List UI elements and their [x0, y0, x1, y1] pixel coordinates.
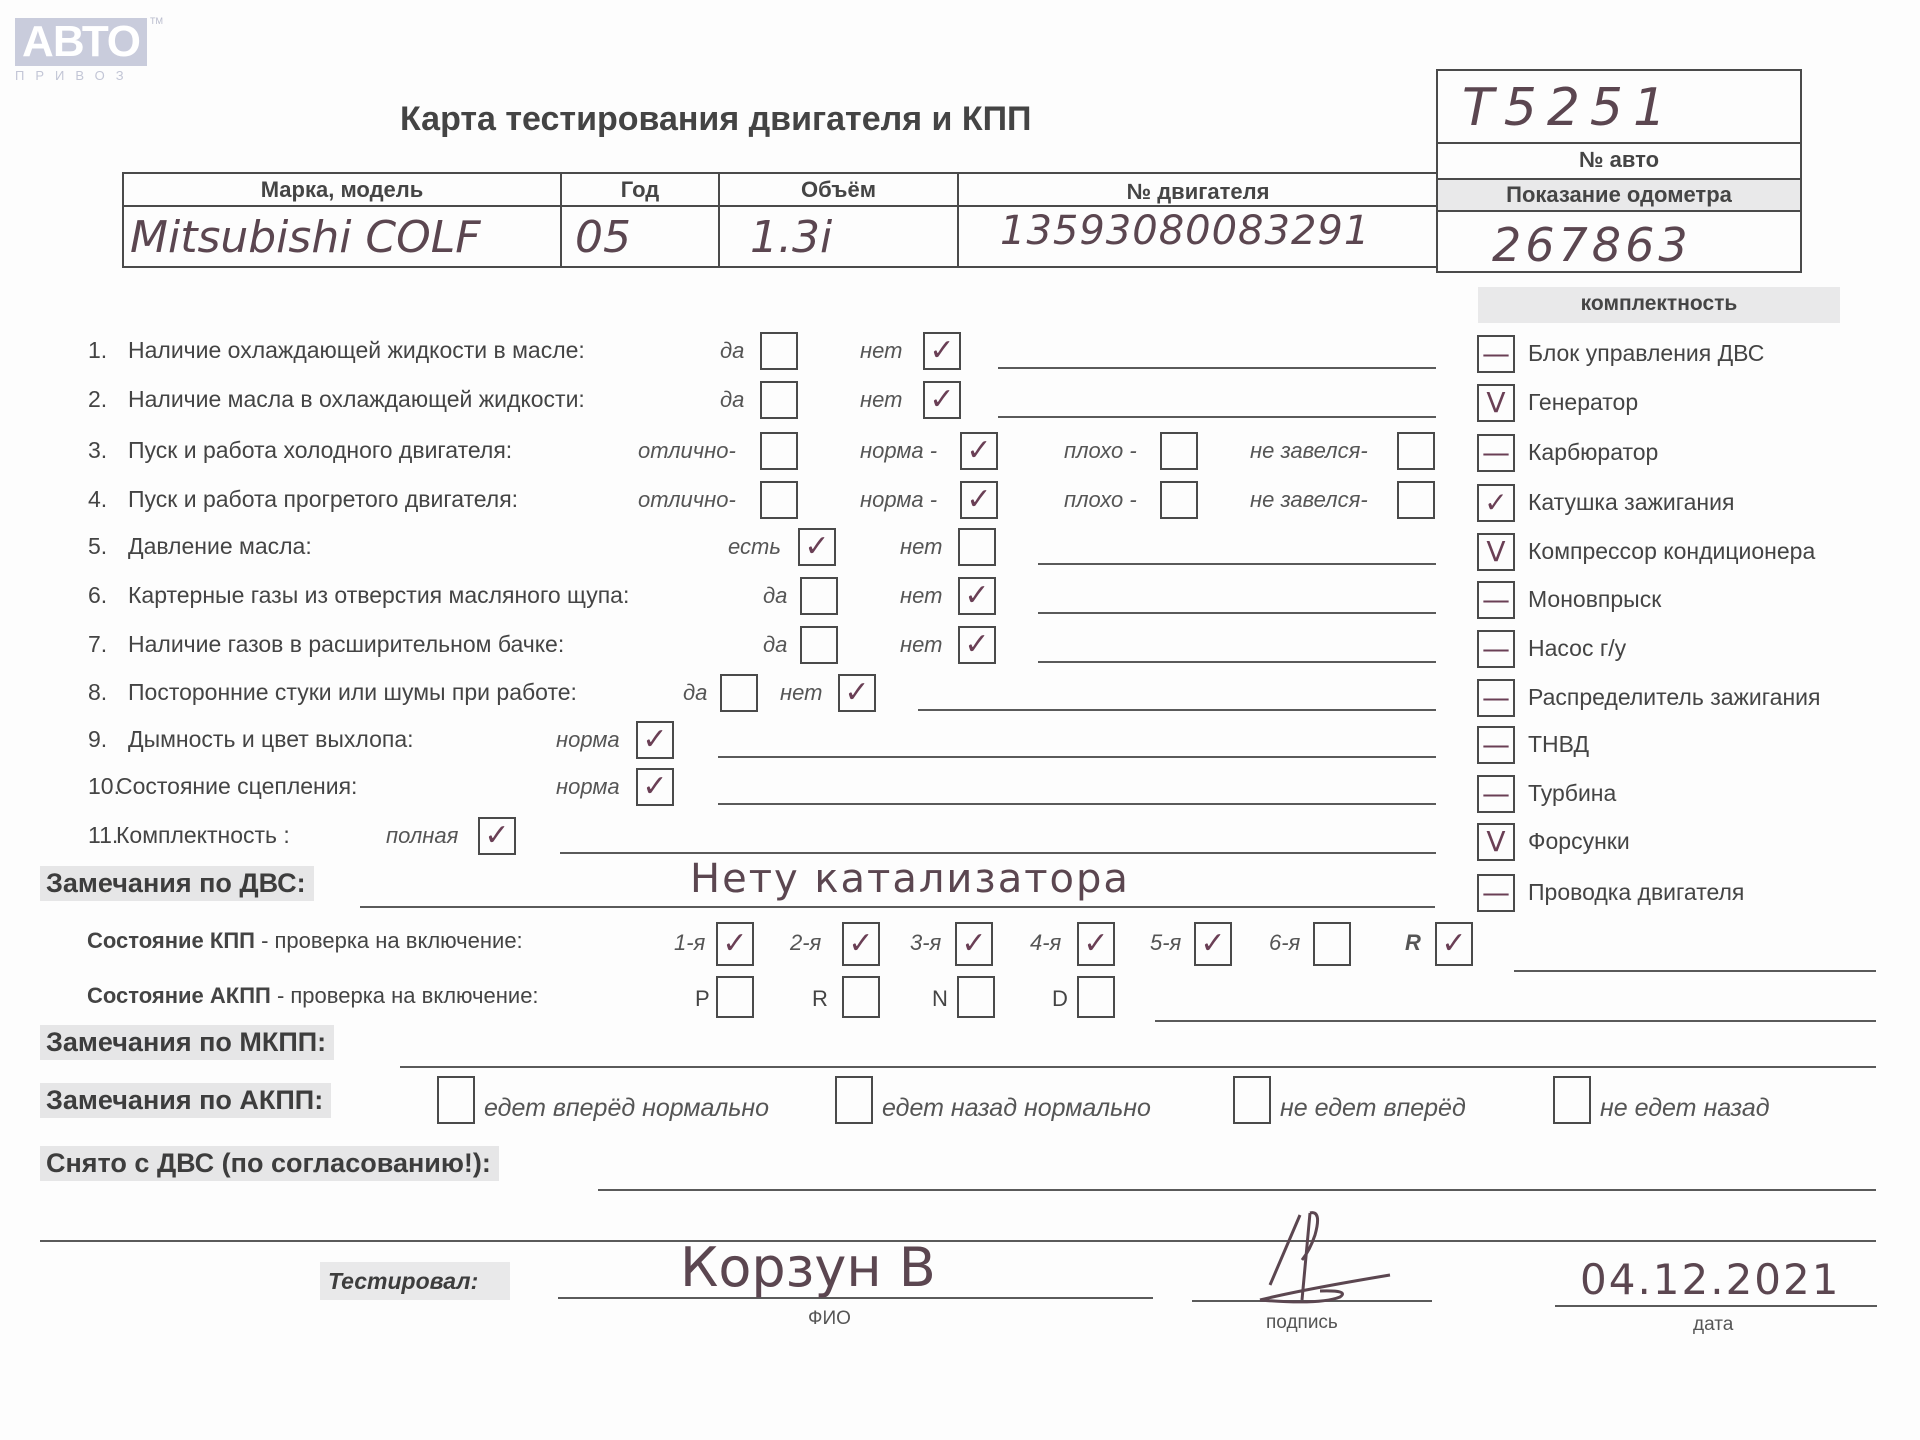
- option-checkbox[interactable]: ✓: [960, 432, 998, 470]
- gear-checkbox[interactable]: ✓: [1194, 922, 1232, 966]
- option-label: да: [683, 680, 707, 706]
- option-label: есть: [728, 534, 781, 560]
- dash-mark-icon: —: [1482, 339, 1510, 369]
- comment-line[interactable]: [718, 803, 1436, 805]
- question-text: Посторонние стуки или шумы при работе:: [128, 679, 577, 706]
- completeness-item-label: Генератор: [1528, 389, 1638, 416]
- check-mark-icon: ✓: [1083, 929, 1108, 959]
- dash-mark-icon: —: [1482, 585, 1510, 615]
- completeness-checkbox[interactable]: —: [1477, 726, 1515, 764]
- option-checkbox[interactable]: [760, 432, 798, 470]
- position-checkbox[interactable]: [842, 976, 880, 1018]
- option-label: нет: [860, 338, 902, 364]
- option-checkbox[interactable]: ✓: [958, 577, 996, 615]
- remarks-manual-label: Замечания по МКПП:: [40, 1025, 334, 1060]
- question-number: 7.: [88, 631, 107, 658]
- question-text: Дымность и цвет выхлопа:: [128, 726, 414, 753]
- akpp-option-label: не едет назад: [1600, 1094, 1770, 1123]
- completeness-checkbox[interactable]: V: [1477, 384, 1515, 422]
- position-checkbox[interactable]: [1077, 976, 1115, 1018]
- option-checkbox[interactable]: ✓: [960, 481, 998, 519]
- removed-label: Снято с ДВС (по согласованию!):: [40, 1146, 499, 1181]
- option-checkbox[interactable]: ✓: [798, 528, 836, 566]
- comment-line[interactable]: [1038, 661, 1436, 663]
- comment-line[interactable]: [560, 852, 1436, 854]
- manual-gearbox-label: Состояние КПП - проверка на включение:: [87, 928, 523, 954]
- option-checkbox[interactable]: [1397, 432, 1435, 470]
- tested-by-label: Тестировал:: [328, 1268, 478, 1295]
- akpp-option-checkbox[interactable]: [437, 1076, 475, 1124]
- question-number: 6.: [88, 582, 107, 609]
- logo-subtitle: ПРИВОЗ: [15, 68, 135, 83]
- question-number: 3.: [88, 437, 107, 464]
- dash-mark-icon: —: [1482, 779, 1510, 809]
- check-mark-icon: ✓: [961, 929, 986, 959]
- header-engine-no: № двигателя: [959, 179, 1437, 205]
- check-mark-icon: ✓: [966, 436, 991, 466]
- question-text: Комплектность :: [116, 822, 290, 849]
- remarks-manual-field[interactable]: [400, 1066, 1876, 1068]
- akpp-option-checkbox[interactable]: [1233, 1076, 1271, 1124]
- check-mark-icon: ✓: [844, 678, 869, 708]
- dash-mark-icon: —: [1482, 730, 1510, 760]
- option-checkbox[interactable]: ✓: [958, 626, 996, 664]
- question-number: 5.: [88, 533, 107, 560]
- option-label: плохо -: [1064, 487, 1137, 513]
- option-checkbox[interactable]: [720, 674, 758, 712]
- gear-checkbox[interactable]: ✓: [842, 922, 880, 966]
- option-label: нет: [900, 534, 942, 560]
- completeness-item-label: ТНВД: [1528, 731, 1589, 758]
- check-mark-icon: ✓: [1484, 488, 1507, 518]
- question-text: Давление масла:: [128, 533, 312, 560]
- dash-mark-icon: —: [1482, 634, 1510, 664]
- gear-checkbox[interactable]: ✓: [1077, 922, 1115, 966]
- option-label: отлично-: [638, 487, 736, 513]
- check-mark-icon: ✓: [1200, 929, 1225, 959]
- completeness-checkbox[interactable]: —: [1477, 679, 1515, 717]
- option-label: плохо -: [1064, 438, 1137, 464]
- option-checkbox[interactable]: [1397, 481, 1435, 519]
- check-mark-icon: ✓: [804, 532, 829, 562]
- completeness-checkbox[interactable]: ✓: [1477, 484, 1515, 522]
- check-mark-icon: ✓: [966, 485, 991, 515]
- option-label: норма -: [860, 487, 937, 513]
- completeness-checkbox[interactable]: —: [1477, 335, 1515, 373]
- akpp-option-label: едет назад нормально: [882, 1094, 1151, 1123]
- option-label: нет: [900, 632, 942, 658]
- position-label: N: [932, 986, 948, 1012]
- gear-label: 5-я: [1150, 930, 1181, 956]
- completeness-checkbox[interactable]: V: [1477, 533, 1515, 571]
- check-mark-icon: ✓: [642, 725, 667, 755]
- car-number-label: № авто: [1438, 147, 1800, 173]
- check-mark-icon: ✓: [964, 630, 989, 660]
- gear-checkbox[interactable]: ✓: [716, 922, 754, 966]
- question-text: Наличие охлаждающей жидкости в масле:: [128, 337, 585, 364]
- page-title: Карта тестирования двигателя и КПП: [400, 100, 1031, 139]
- option-label: да: [763, 632, 787, 658]
- akpp-option-checkbox[interactable]: [1553, 1076, 1591, 1124]
- completeness-checkbox[interactable]: —: [1477, 434, 1515, 472]
- check-mark-icon: ✓: [484, 821, 509, 851]
- dash-mark-icon: —: [1482, 878, 1510, 908]
- header-year: Год: [562, 177, 718, 203]
- question-number: 1.: [88, 337, 107, 364]
- option-checkbox[interactable]: ✓: [636, 721, 674, 759]
- akpp-option-checkbox[interactable]: [835, 1076, 873, 1124]
- option-checkbox[interactable]: [958, 528, 996, 566]
- logo-trademark: TM: [150, 16, 163, 26]
- completeness-item-label: Компрессор кондиционера: [1528, 538, 1815, 565]
- check-mark-icon: ✓: [642, 772, 667, 802]
- option-checkbox[interactable]: [760, 481, 798, 519]
- completeness-checkbox[interactable]: —: [1477, 581, 1515, 619]
- dash-mark-icon: —: [1482, 683, 1510, 713]
- completeness-item-label: Моновпрыск: [1528, 586, 1661, 613]
- remarks-auto-label: Замечания по АКПП:: [40, 1083, 331, 1118]
- option-checkbox[interactable]: ✓: [838, 674, 876, 712]
- question-text: Наличие масла в охлаждающей жидкости:: [128, 386, 585, 413]
- option-label: не завелся-: [1250, 487, 1368, 513]
- akpp-option-label: едет вперёд нормально: [484, 1094, 769, 1123]
- completeness-header: комплектность: [1478, 292, 1840, 316]
- comment-line[interactable]: [918, 709, 1436, 711]
- option-checkbox[interactable]: [760, 381, 798, 419]
- position-label: R: [812, 986, 828, 1012]
- check-mark-icon: ✓: [848, 929, 873, 959]
- check-mark-icon: ✓: [1441, 929, 1466, 959]
- check-mark-icon: ✓: [722, 929, 747, 959]
- question-number: 9.: [88, 726, 107, 753]
- check-mark-icon: ✓: [929, 385, 954, 415]
- comment-line[interactable]: [998, 416, 1436, 418]
- option-checkbox[interactable]: [1160, 481, 1198, 519]
- option-label: нет: [860, 387, 902, 413]
- completeness-item-label: Катушка зажигания: [1528, 489, 1734, 516]
- gear-label: 6-я: [1269, 930, 1300, 956]
- brand-logo: АВТО: [15, 18, 147, 66]
- option-checkbox[interactable]: [800, 626, 838, 664]
- option-label: нет: [780, 680, 822, 706]
- name-caption: ФИО: [808, 1308, 851, 1330]
- completeness-item-label: Форсунки: [1528, 828, 1630, 855]
- odometer-label: Показание одометра: [1438, 182, 1800, 208]
- check-mark-icon: ✓: [929, 336, 954, 366]
- completeness-checkbox[interactable]: —: [1477, 874, 1515, 912]
- gear-label: 1-я: [674, 930, 705, 956]
- question-text: Картерные газы из отверстия масляного щу…: [128, 582, 629, 609]
- option-label: нет: [900, 583, 942, 609]
- completeness-item-label: Проводка двигателя: [1528, 879, 1744, 906]
- question-text: Пуск и работа холодного двигателя:: [128, 437, 512, 464]
- car-number-value[interactable]: T5251: [1462, 78, 1676, 138]
- gear-label: 3-я: [910, 930, 941, 956]
- question-text: Наличие газов в расширительном бачке:: [128, 631, 564, 658]
- date-value[interactable]: 04.12.2021: [1580, 1255, 1840, 1304]
- completeness-checkbox[interactable]: —: [1477, 775, 1515, 813]
- position-checkbox[interactable]: [716, 976, 754, 1018]
- completeness-item-label: Турбина: [1528, 780, 1616, 807]
- dash-mark-icon: —: [1482, 438, 1510, 468]
- gear-checkbox[interactable]: [1313, 922, 1351, 966]
- question-number: 11.: [88, 822, 118, 849]
- gear-checkbox[interactable]: ✓: [1435, 922, 1473, 966]
- option-label: отлично-: [638, 438, 736, 464]
- year-value[interactable]: 05: [575, 212, 631, 263]
- option-label: да: [720, 338, 744, 364]
- option-checkbox[interactable]: ✓: [636, 768, 674, 806]
- comment-line[interactable]: [718, 756, 1436, 758]
- remarks-engine-label: Замечания по ДВС:: [40, 866, 314, 901]
- comment-line[interactable]: [1038, 563, 1436, 565]
- question-text: Состояние сцепления:: [116, 773, 357, 800]
- remarks-engine-value[interactable]: Нету катализатора: [690, 856, 1130, 902]
- comment-line[interactable]: [998, 367, 1436, 369]
- odometer-value[interactable]: 267863: [1492, 218, 1692, 272]
- auto-gearbox-label: Состояние АКПП - проверка на включение:: [87, 983, 539, 1009]
- gear-label: 4-я: [1030, 930, 1061, 956]
- engine-no-value[interactable]: 13593080083291: [1000, 208, 1370, 254]
- completeness-item-label: Распределитель зажигания: [1528, 684, 1820, 711]
- header-make-model: Марка, модель: [124, 177, 560, 203]
- signature-caption: подпись: [1266, 1312, 1338, 1334]
- question-number: 8.: [88, 679, 107, 706]
- comment-line[interactable]: [1038, 612, 1436, 614]
- check-mark-icon: V: [1486, 537, 1505, 567]
- removed-field[interactable]: [598, 1189, 1876, 1191]
- completeness-item-label: Карбюратор: [1528, 439, 1658, 466]
- make-model-value[interactable]: Mitsubishi COLF: [130, 212, 481, 263]
- option-checkbox[interactable]: [1160, 432, 1198, 470]
- date-caption: дата: [1693, 1314, 1733, 1336]
- check-mark-icon: ✓: [964, 581, 989, 611]
- signature-icon: [1240, 1205, 1420, 1315]
- position-checkbox[interactable]: [957, 976, 995, 1018]
- completeness-checkbox[interactable]: V: [1477, 823, 1515, 861]
- question-text: Пуск и работа прогретого двигателя:: [128, 486, 518, 513]
- option-checkbox[interactable]: ✓: [923, 332, 961, 370]
- gear-checkbox[interactable]: ✓: [955, 922, 993, 966]
- option-label: да: [763, 583, 787, 609]
- question-number: 2.: [88, 386, 107, 413]
- option-label: не завелся-: [1250, 438, 1368, 464]
- header-volume: Объём: [720, 177, 957, 203]
- option-label: норма -: [860, 438, 937, 464]
- position-label: D: [1052, 986, 1068, 1012]
- option-label: полная: [386, 823, 458, 849]
- option-label: да: [720, 387, 744, 413]
- tester-name-value[interactable]: Корзун В: [680, 1236, 936, 1299]
- check-mark-icon: V: [1486, 388, 1505, 418]
- gear-label: 2-я: [790, 930, 821, 956]
- option-label: норма: [556, 774, 620, 800]
- gear-label: R: [1405, 930, 1421, 956]
- check-mark-icon: V: [1486, 827, 1505, 857]
- completeness-checkbox[interactable]: —: [1477, 630, 1515, 668]
- position-label: P: [695, 986, 710, 1012]
- question-number: 4.: [88, 486, 107, 513]
- option-checkbox[interactable]: ✓: [478, 817, 516, 855]
- option-checkbox[interactable]: ✓: [923, 381, 961, 419]
- option-label: норма: [556, 727, 620, 753]
- option-checkbox[interactable]: [760, 332, 798, 370]
- akpp-option-label: не едет вперёд: [1280, 1094, 1466, 1123]
- completeness-item-label: Насос г/у: [1528, 635, 1626, 662]
- completeness-item-label: Блок управления ДВС: [1528, 340, 1764, 367]
- option-checkbox[interactable]: [800, 577, 838, 615]
- volume-value[interactable]: 1.3i: [750, 212, 832, 263]
